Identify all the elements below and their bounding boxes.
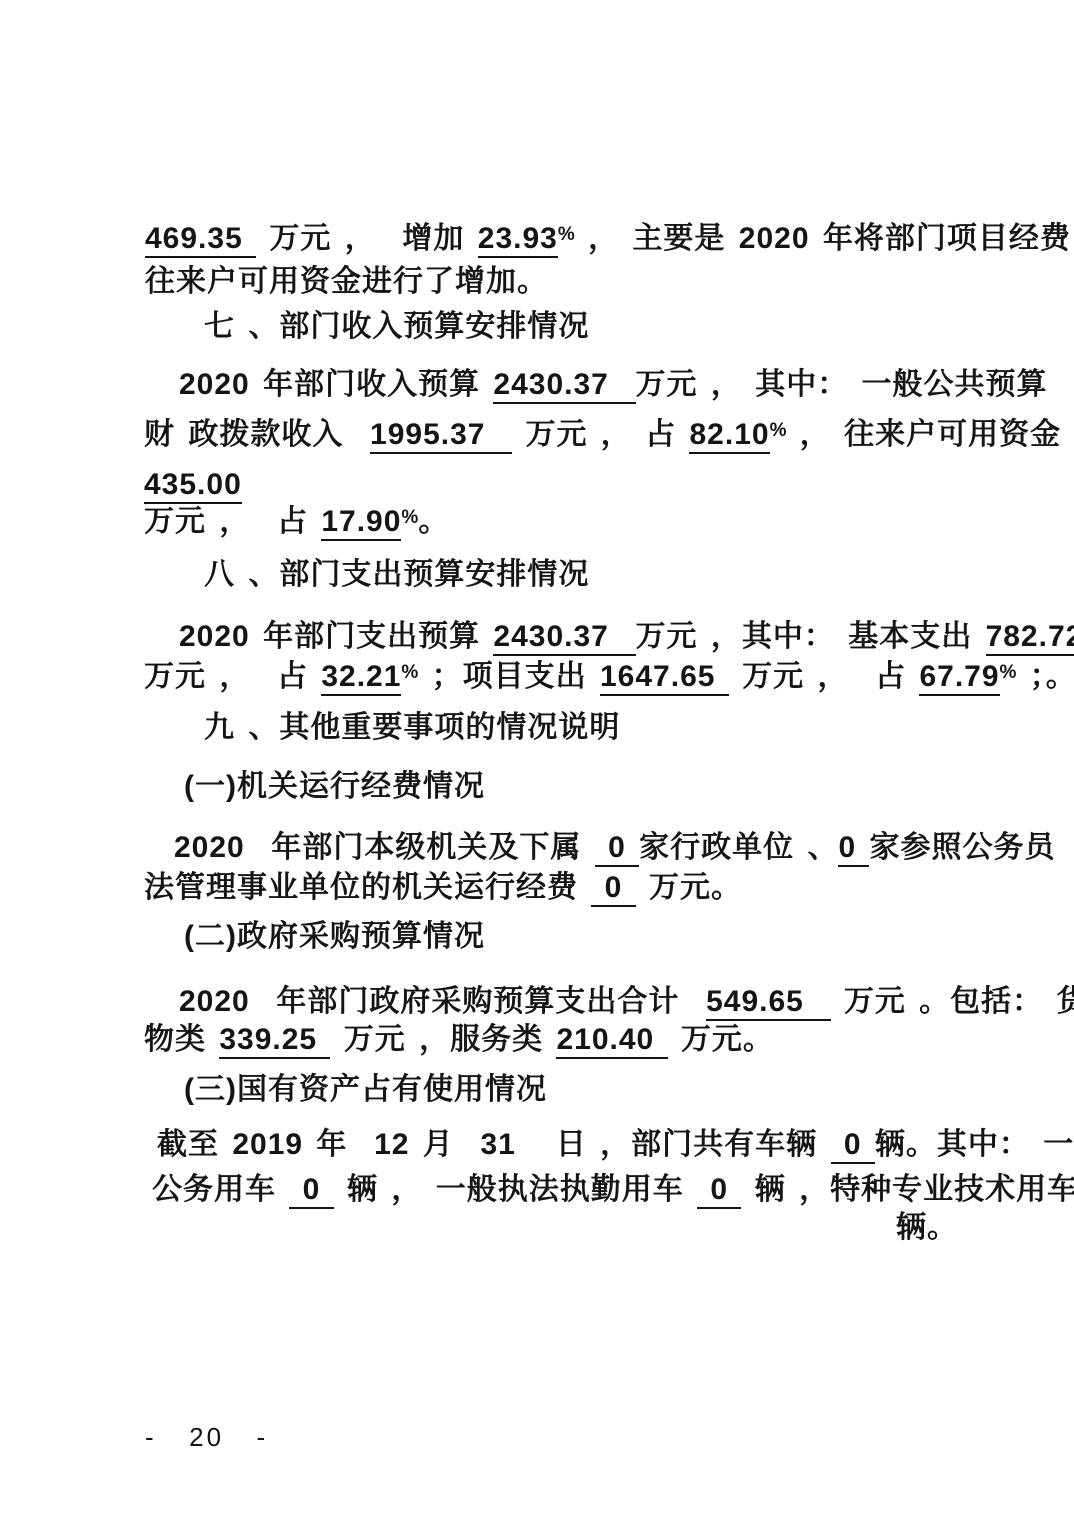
underlined-value: 17.90 xyxy=(321,505,401,541)
expense-para-line-2: 万元 ， 占 32.21% ；项目支出 1647.65 万元 ， 占 67.79… xyxy=(144,661,1074,693)
underlined-value: 0 xyxy=(289,1173,333,1209)
text-run: 万元 ， 占 xyxy=(144,660,321,693)
assets-para-line-1: 截至 2019 年 12 月 31 日 ，部门共有车辆 0 辆。其中： 一般 xyxy=(157,1129,1074,1161)
text-run: 万元 ， 占 xyxy=(144,505,321,538)
text-run: 家参照公务员 xyxy=(869,831,1055,864)
text-run: 辆 ，特种专业技术用车 xyxy=(741,1173,1074,1206)
percent-sign: % xyxy=(401,507,418,528)
text-run: 万元 ，服务类 xyxy=(330,1023,556,1056)
heading-section-eight: 八 、部门支出预算安排情况 xyxy=(204,559,589,591)
text-run: ；项目支出 xyxy=(418,660,600,693)
text-run: (三)国有资产占有使用情况 xyxy=(184,1073,547,1106)
subheading-one: (一)机关运行经费情况 xyxy=(184,771,485,803)
underlined-value: 339.25 xyxy=(219,1023,330,1059)
text-run: 万元 ， 其中： 一般公共预算 xyxy=(636,368,1048,401)
underlined-value: 67.79 xyxy=(919,660,999,696)
assets-para-line-3: 辆。 xyxy=(896,1212,958,1244)
subheading-two: (二)政府采购预算情况 xyxy=(184,921,485,953)
underlined-value: 0 xyxy=(831,1128,875,1164)
text-run: 2020 年部门本级机关及下属 xyxy=(174,831,595,864)
text-run: (一)机关运行经费情况 xyxy=(184,770,485,803)
text-run: 万元 ， 占 xyxy=(512,418,689,451)
page-number: - 20 - xyxy=(145,1422,268,1453)
text-run: 万元 ，其中： 基本支出 xyxy=(636,620,986,653)
underlined-value: 2430.37 xyxy=(493,620,635,656)
text-run: 家行政单位 、 xyxy=(639,831,838,864)
text-run: 辆。其中： 一般 xyxy=(875,1128,1074,1161)
percent-sign: % xyxy=(401,662,418,683)
text-run: 九 、其他重要事项的情况说明 xyxy=(204,711,620,744)
procurement-para-line-1: 2020 年部门政府采购预算支出合计 549.65 万元 。包括： 货 xyxy=(179,986,1074,1018)
text-run: 截至 2019 年 12 月 31 日 ，部门共有车辆 xyxy=(157,1128,831,1161)
text-run: 万元。 xyxy=(668,1023,774,1056)
text-run: 往来户可用资金进行了增加。 xyxy=(145,265,548,298)
underlined-value: 1647.65 xyxy=(600,660,729,696)
text-run: 万元 ， 增加 xyxy=(256,222,478,255)
text-run: 万元。 xyxy=(636,871,742,904)
underlined-value: 0 xyxy=(595,831,639,867)
underlined-value: 0 xyxy=(838,831,869,867)
expense-para-line-1: 2020 年部门支出预算 2430.37 万元 ，其中： 基本支出 782.72 xyxy=(179,621,1074,653)
underlined-value: 210.40 xyxy=(556,1023,667,1059)
text-run: 物类 xyxy=(144,1023,219,1056)
underlined-value: 82.10 xyxy=(689,418,769,454)
text-run: 万元 。包括： 货 xyxy=(831,985,1074,1018)
underlined-value: 0 xyxy=(697,1173,741,1209)
text-run: 财 政拨款收入 xyxy=(144,418,370,451)
income-para-line-1: 2020 年部门收入预算 2430.37 万元 ， 其中： 一般公共预算 xyxy=(179,369,1048,401)
income-para-line-3: 435.00 xyxy=(144,469,242,501)
document-page: 469.35 万元 ， 增加 23.93% ， 主要是 2020 年将部门项目经… xyxy=(0,0,1074,1520)
heading-section-nine: 九 、其他重要事项的情况说明 xyxy=(204,712,620,744)
percent-sign: % xyxy=(558,224,575,245)
text-run: ， 主要是 2020 年将部门项目经费以及 xyxy=(575,222,1074,255)
underlined-value: 469.35 xyxy=(145,222,256,258)
text-run: 八 、部门支出预算安排情况 xyxy=(204,558,589,591)
agency-costs-para-line-1: 2020 年部门本级机关及下属 0 家行政单位 、0 家参照公务员 xyxy=(174,832,1055,864)
underlined-value: 0 xyxy=(591,871,635,907)
text-run: 。 xyxy=(418,505,449,538)
text-run: ；。 xyxy=(1016,660,1074,693)
text-run: 万元 ， 占 xyxy=(729,660,920,693)
text-run: 法管理事业单位的机关运行经费 xyxy=(144,871,591,904)
text-run: (二)政府采购预算情况 xyxy=(184,920,485,953)
underlined-value: 549.65 xyxy=(706,985,830,1021)
text-run: 辆。 xyxy=(896,1211,958,1244)
underlined-value: 23.93 xyxy=(478,222,558,258)
heading-section-seven: 七 、部门收入预算安排情况 xyxy=(204,311,589,343)
underlined-value: 1995.37 xyxy=(370,418,512,454)
text-run: ， 往来户可用资金 xyxy=(786,418,1061,451)
text-run: 2020 年部门政府采购预算支出合计 xyxy=(179,985,706,1018)
underlined-value: 2430.37 xyxy=(493,368,635,404)
text-run: 公务用车 xyxy=(152,1173,289,1206)
assets-para-line-2: 公务用车 0 辆 ， 一般执法执勤用车 0 辆 ，特种专业技术用车 0 xyxy=(152,1174,1074,1206)
para-overflow-line-2: 往来户可用资金进行了增加。 xyxy=(145,266,548,298)
text-run: 2020 年部门支出预算 xyxy=(179,620,493,653)
percent-sign: % xyxy=(770,420,787,441)
percent-sign: % xyxy=(1000,662,1017,683)
agency-costs-para-line-2: 法管理事业单位的机关运行经费 0 万元。 xyxy=(144,872,742,904)
underlined-value: 782.72 xyxy=(986,620,1074,656)
underlined-value: 32.21 xyxy=(321,660,401,696)
income-para-line-4: 万元 ， 占 17.90%。 xyxy=(144,506,449,538)
text-run: 辆 ， 一般执法执勤用车 xyxy=(334,1173,697,1206)
text-run: 七 、部门收入预算安排情况 xyxy=(204,310,589,343)
text-run: 2020 年部门收入预算 xyxy=(179,368,493,401)
subheading-three: (三)国有资产占有使用情况 xyxy=(184,1074,547,1106)
underlined-value: 435.00 xyxy=(144,468,242,504)
para-overflow-line-1: 469.35 万元 ， 增加 23.93% ， 主要是 2020 年将部门项目经… xyxy=(145,223,1074,255)
income-para-line-2: 财 政拨款收入 1995.37 万元 ， 占 82.10% ， 往来户可用资金 xyxy=(144,419,1061,451)
procurement-para-line-2: 物类 339.25 万元 ，服务类 210.40 万元。 xyxy=(144,1024,774,1056)
